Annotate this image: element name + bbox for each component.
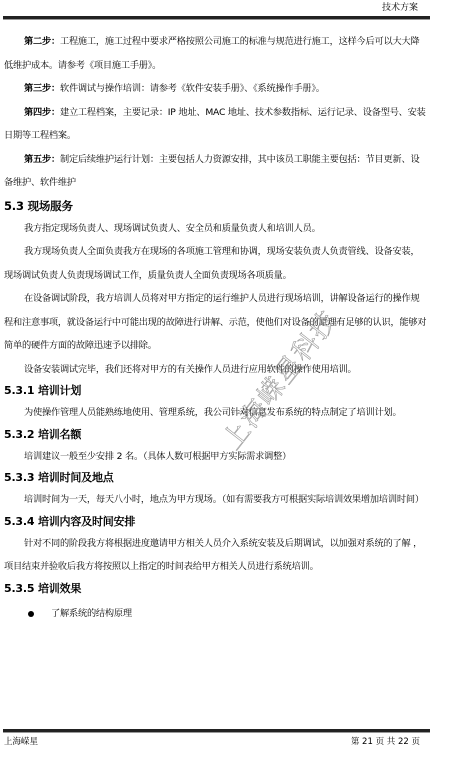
step-5: 第五步：制定后续维护运行计划：主要包括人力资源安排，其中该员工职能主要包括：节目…	[4, 148, 428, 195]
step-text: 建立工程档案，主要记录：IP 地址、MAC 地址、技术参数指标、运行记录、设备型…	[4, 107, 426, 142]
section-heading-5-3: 5.3 现场服务	[4, 195, 428, 217]
footer-company: 上海嵘星	[4, 736, 38, 748]
step-lead: 第二步：	[24, 36, 60, 47]
step-4: 第四步：建立工程档案，主要记录：IP 地址、MAC 地址、技术参数指标、运行记录…	[4, 101, 428, 148]
paragraph: 在设备调试阶段，我方培训人员将对甲方指定的运行维护人员进行现场培训，讲解设备运行…	[4, 287, 428, 358]
paragraph: 设备安装调试完毕，我们还将对甲方的有关操作人员进行应用软件的操作使用培训。	[4, 358, 428, 382]
step-text: 工程施工，施工过程中要求严格按照公司施工的标准与规范进行施工，这样今后可以大大降…	[4, 36, 419, 71]
section-heading-5-3-1: 5.3.1 培训计划	[4, 381, 428, 401]
section-heading-5-3-4: 5.3.4 培训内容及时间安排	[4, 512, 428, 532]
paragraph: 我方指定现场负责人、现场调试负责人、安全员和质量负责人和培训人员。	[4, 217, 428, 241]
paragraph: 针对不同的阶段我方将根据进度邀请甲方相关人员介入系统安装及后期调试，以加强对系统…	[4, 532, 428, 579]
header-rule	[3, 16, 430, 20]
paragraph: 为使操作管理人员能熟练地使用、管理系统，我公司针对信息发布系统的特点制定了培训计…	[4, 401, 428, 425]
step-3: 第三步：软件调试与操作培训：请参考《软件安装手册》、《系统操作手册》。	[4, 77, 428, 101]
step-lead: 第五步：	[24, 154, 60, 165]
section-heading-5-3-3: 5.3.3 培训时间及地点	[4, 468, 428, 488]
step-2: 第二步：工程施工，施工过程中要求严格按照公司施工的标准与规范进行施工，这样今后可…	[4, 30, 428, 77]
document-body: 第二步：工程施工，施工过程中要求严格按照公司施工的标准与规范进行施工，这样今后可…	[4, 30, 428, 625]
footer-page-number: 第 21 页 共 22 页	[351, 736, 420, 748]
bullet-text: 了解系统的结构原理	[51, 603, 132, 625]
step-text: 制定后续维护运行计划：主要包括人力资源安排，其中该员工职能主要包括：节目更新、设…	[4, 154, 419, 189]
paragraph: 我方现场负责人全面负责我方在现场的各项施工管理和协调，现场安装负责人负责管线、设…	[4, 240, 428, 287]
header-title: 技术方案	[382, 2, 418, 14]
paragraph: 培训建议一般至少安排 2 名。（具体人数可根据甲方实际需求调整）	[4, 445, 428, 469]
step-text: 软件调试与操作培训：请参考《软件安装手册》、《系统操作手册》。	[60, 83, 325, 94]
step-lead: 第四步：	[24, 107, 60, 118]
paragraph: 培训时间为一天，每天八小时，地点为甲方现场。（如有需要我方可根据实际培训效果增加…	[4, 488, 428, 512]
bullet-icon	[28, 611, 34, 617]
bullet-item: 了解系统的结构原理	[4, 603, 428, 625]
section-heading-5-3-5: 5.3.5 培训效果	[4, 579, 428, 599]
step-lead: 第三步：	[24, 83, 60, 94]
section-heading-5-3-2: 5.3.2 培训名额	[4, 425, 428, 445]
footer-rule	[3, 729, 430, 733]
